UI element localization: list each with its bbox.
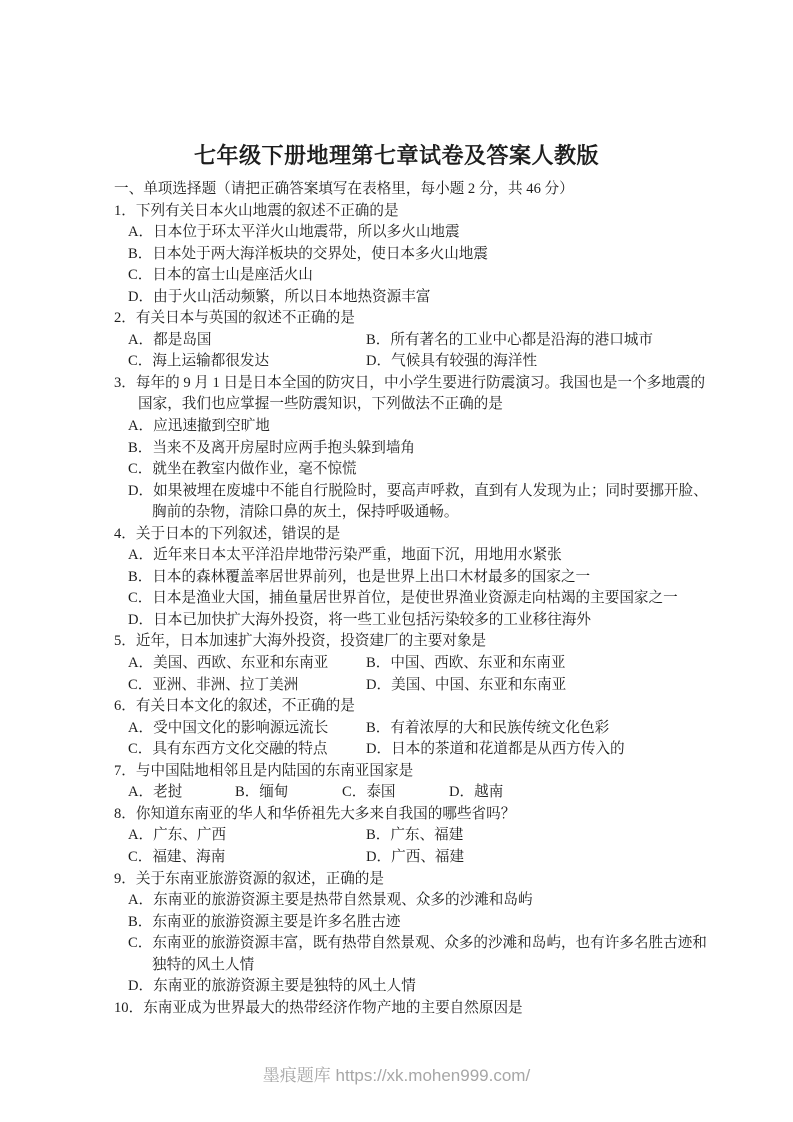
- footer-site-name: 墨痕题库: [263, 1066, 331, 1085]
- option-row: D．如果被埋在废墟中不能自行脱险时，要高声呼救，直到有人发现为止；同时要挪开脸、…: [128, 481, 774, 524]
- option-b: B．当来不及离开房屋时应两手抱头躲到墙角: [128, 438, 415, 460]
- section-heading: 一、单项选择题（请把正确答案填写在表格里，每小题 2 分，共 46 分）: [114, 179, 774, 201]
- question-stem: 7．与中国陆地相邻且是内陆国的东南亚国家是: [114, 761, 774, 783]
- option-b: B．日本的森林覆盖率居世界前列，也是世界上出口木材最多的国家之一: [128, 567, 590, 589]
- option-b: B．有着浓厚的大和民族传统文化色彩: [366, 718, 609, 740]
- question-stem: 8．你知道东南亚的华人和华侨祖先大多来自我国的哪些省吗？: [114, 804, 774, 826]
- option-c: C．亚洲、非洲、拉丁美洲: [128, 675, 366, 697]
- option-a: A．日本位于环太平洋火山地震带，所以多火山地震: [128, 222, 460, 244]
- option-row: C．东南亚的旅游资源丰富，既有热带自然景观、众多的沙滩和岛屿，也有许多名胜古迹和…: [128, 933, 774, 976]
- option-row: C．就坐在教室内做作业，毫不惊慌: [128, 459, 774, 481]
- question-stem: 10．东南亚成为世界最大的热带经济作物产地的主要自然原因是: [114, 998, 774, 1020]
- question: 2．有关日本与英国的叙述不正确的是A．都是岛国B．所有著名的工业中心都是沿海的港…: [114, 308, 774, 373]
- option-d: D．气候具有较强的海洋性: [366, 351, 537, 373]
- option-a: A．都是岛国: [128, 330, 366, 352]
- option-a: A．老挝: [128, 782, 235, 804]
- option-row: A．近年来日本太平洋沿岸地带污染严重，地面下沉，用地用水紧张: [128, 545, 774, 567]
- option-row: D．东南亚的旅游资源主要是独特的风土人情: [128, 976, 774, 998]
- question-stem: 5．近年，日本加速扩大海外投资，投资建厂的主要对象是: [114, 631, 774, 653]
- option-d: D．美国、中国、东亚和东南亚: [366, 675, 566, 697]
- question-stem: 4．关于日本的下列叙述，错误的是: [114, 524, 774, 546]
- option-d: D．越南: [449, 782, 503, 804]
- question: 8．你知道东南亚的华人和华侨祖先大多来自我国的哪些省吗？A．广东、广西B．广东、…: [114, 804, 774, 869]
- question: 10．东南亚成为世界最大的热带经济作物产地的主要自然原因是: [114, 998, 774, 1020]
- question-stem: 1．下列有关日本火山地震的叙述不正确的是: [114, 201, 774, 223]
- option-row: C．日本的富士山是座活火山: [128, 265, 774, 287]
- option-a: A．美国、西欧、东亚和东南亚: [128, 653, 366, 675]
- question: 3．每年的 9 月 1 日是日本全国的防灾日，中小学生要进行防震演习。我国也是一…: [114, 373, 774, 524]
- option-row: A．美国、西欧、东亚和东南亚B．中国、西欧、东亚和东南亚: [128, 653, 774, 675]
- option-row: A．日本位于环太平洋火山地震带，所以多火山地震: [128, 222, 774, 244]
- option-b: B．东南亚的旅游资源主要是许多名胜古迹: [128, 912, 400, 934]
- page-footer: 墨痕题库 https://xk.mohen999.com/: [0, 1064, 793, 1088]
- question: 6．有关日本文化的叙述，不正确的是A．受中国文化的影响源远流长B．有着浓厚的大和…: [114, 696, 774, 761]
- footer-url: https://xk.mohen999.com/: [336, 1066, 531, 1085]
- option-row: C．日本是渔业大国，捕鱼量居世界首位，是使世界渔业资源走向枯竭的主要国家之一: [128, 588, 774, 610]
- question: 1．下列有关日本火山地震的叙述不正确的是A．日本位于环太平洋火山地震带，所以多火…: [114, 201, 774, 309]
- option-row: C．海上运输都很发达D．气候具有较强的海洋性: [128, 351, 774, 373]
- option-row: B．日本处于两大海洋板块的交界处，使日本多火山地震: [128, 244, 774, 266]
- option-row: D．日本已加快扩大海外投资，将一些工业包括污染较多的工业移往海外: [128, 610, 774, 632]
- option-row: B．当来不及离开房屋时应两手抱头躲到墙角: [128, 438, 774, 460]
- option-b: B．日本处于两大海洋板块的交界处，使日本多火山地震: [128, 244, 488, 266]
- option-row: A．广东、广西B．广东、福建: [128, 825, 774, 847]
- option-row: C．福建、海南D．广西、福建: [128, 847, 774, 869]
- document-content: 一、单项选择题（请把正确答案填写在表格里，每小题 2 分，共 46 分） 1．下…: [114, 179, 774, 1019]
- question: 4．关于日本的下列叙述，错误的是A．近年来日本太平洋沿岸地带污染严重，地面下沉，…: [114, 524, 774, 632]
- option-row: A．老挝B．缅甸C．泰国D．越南: [128, 782, 774, 804]
- option-row: A．受中国文化的影响源远流长B．有着浓厚的大和民族传统文化色彩: [128, 718, 774, 740]
- option-d: D．日本的茶道和花道都是从西方传入的: [366, 739, 625, 761]
- option-row: C．具有东西方文化交融的特点D．日本的茶道和花道都是从西方传入的: [128, 739, 774, 761]
- option-b: B．缅甸: [235, 782, 342, 804]
- question: 9．关于东南亚旅游资源的叙述，正确的是A．东南亚的旅游资源主要是热带自然景观、众…: [114, 869, 774, 998]
- option-d: D．广西、福建: [366, 847, 464, 869]
- option-row: A．东南亚的旅游资源主要是热带自然景观、众多的沙滩和岛屿: [128, 890, 774, 912]
- question-stem: 9．关于东南亚旅游资源的叙述，正确的是: [114, 869, 774, 891]
- option-row: A．应迅速撤到空旷地: [128, 416, 774, 438]
- option-c: C．东南亚的旅游资源丰富，既有热带自然景观、众多的沙滩和岛屿，也有许多名胜古迹和…: [128, 933, 707, 976]
- page-title: 七年级下册地理第七章试卷及答案人教版: [0, 141, 793, 171]
- option-a: A．受中国文化的影响源远流长: [128, 718, 366, 740]
- option-row: A．都是岛国B．所有著名的工业中心都是沿海的港口城市: [128, 330, 774, 352]
- option-a: A．应迅速撤到空旷地: [128, 416, 270, 438]
- question-stem: 6．有关日本文化的叙述，不正确的是: [114, 696, 774, 718]
- option-d: D．东南亚的旅游资源主要是独特的风土人情: [128, 976, 416, 998]
- option-c: C．海上运输都很发达: [128, 351, 366, 373]
- option-d: D．由于火山活动频繁，所以日本地热资源丰富: [128, 287, 430, 309]
- question-stem: 2．有关日本与英国的叙述不正确的是: [114, 308, 774, 330]
- option-a: A．广东、广西: [128, 825, 366, 847]
- option-b: B．广东、福建: [366, 825, 463, 847]
- option-row: D．由于火山活动频繁，所以日本地热资源丰富: [128, 287, 774, 309]
- option-d: D．如果被埋在废墟中不能自行脱险时，要高声呼救，直到有人发现为止；同时要挪开脸、…: [128, 481, 708, 524]
- option-a: A．东南亚的旅游资源主要是热带自然景观、众多的沙滩和岛屿: [128, 890, 533, 912]
- option-c: C．日本的富士山是座活火山: [128, 265, 313, 287]
- option-b: B．中国、西欧、东亚和东南亚: [366, 653, 565, 675]
- option-b: B．所有著名的工业中心都是沿海的港口城市: [366, 330, 653, 352]
- option-row: C．亚洲、非洲、拉丁美洲D．美国、中国、东亚和东南亚: [128, 675, 774, 697]
- option-row: B．东南亚的旅游资源主要是许多名胜古迹: [128, 912, 774, 934]
- question: 5．近年，日本加速扩大海外投资，投资建厂的主要对象是A．美国、西欧、东亚和东南亚…: [114, 631, 774, 696]
- option-c: C．福建、海南: [128, 847, 366, 869]
- option-a: A．近年来日本太平洋沿岸地带污染严重，地面下沉，用地用水紧张: [128, 545, 562, 567]
- question: 7．与中国陆地相邻且是内陆国的东南亚国家是A．老挝B．缅甸C．泰国D．越南: [114, 761, 774, 804]
- question-list: 1．下列有关日本火山地震的叙述不正确的是A．日本位于环太平洋火山地震带，所以多火…: [114, 201, 774, 1020]
- question-stem: 3．每年的 9 月 1 日是日本全国的防灾日，中小学生要进行防震演习。我国也是一…: [114, 373, 774, 416]
- option-row: B．日本的森林覆盖率居世界前列，也是世界上出口木材最多的国家之一: [128, 567, 774, 589]
- option-c: C．就坐在教室内做作业，毫不惊慌: [128, 459, 357, 481]
- option-d: D．日本已加快扩大海外投资，将一些工业包括污染较多的工业移往海外: [128, 610, 591, 632]
- option-c: C．具有东西方文化交融的特点: [128, 739, 366, 761]
- document-page: 七年级下册地理第七章试卷及答案人教版 一、单项选择题（请把正确答案填写在表格里，…: [0, 0, 793, 1122]
- option-c: C．泰国: [342, 782, 449, 804]
- option-c: C．日本是渔业大国，捕鱼量居世界首位，是使世界渔业资源走向枯竭的主要国家之一: [128, 588, 678, 610]
